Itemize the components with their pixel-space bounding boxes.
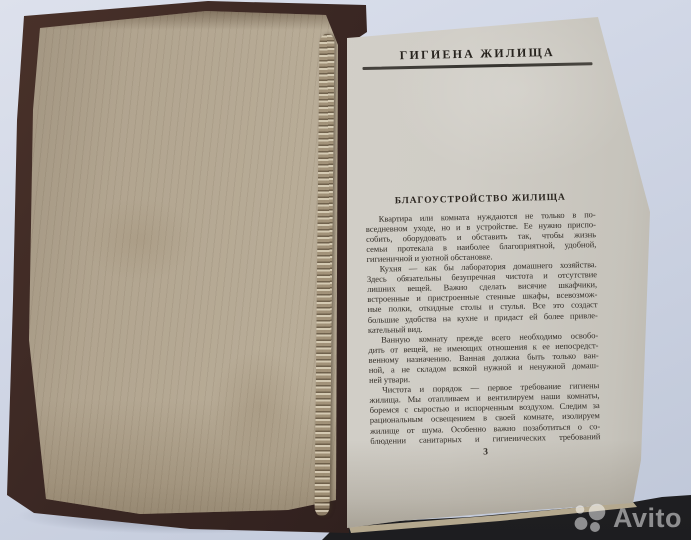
avito-wordmark: Avito — [613, 504, 682, 532]
running-head: ГИГИЕНА ЖИЛИЩА — [362, 44, 592, 64]
page-number: 3 — [370, 445, 600, 460]
paragraph: Ванную комнату прежде всего необходимо о… — [368, 330, 599, 385]
avito-watermark: Avito — [572, 502, 682, 534]
paragraph: Квартира или комната нуждаются не только… — [366, 209, 597, 264]
page-text-column: ГИГИЕНА ЖИЛИЩА БЛАГОУСТРОЙСТВО ЖИЛИЩА Кв… — [362, 39, 601, 484]
avito-logo-icon — [572, 502, 608, 534]
section-heading: БЛАГОУСТРОЙСТВО ЖИЛИЩА — [365, 192, 595, 207]
paragraph: Кухня — как бы лаборатория домашнего хоз… — [367, 259, 598, 334]
header-rule — [362, 62, 592, 69]
paragraph: Чистота и порядок — первое требование ги… — [369, 380, 600, 445]
photo-canvas: ГИГИЕНА ЖИЛИЩА БЛАГОУСТРОЙСТВО ЖИЛИЩА Кв… — [0, 0, 691, 540]
page-paragraphs: Квартира или комната нуждаются не только… — [366, 209, 601, 446]
